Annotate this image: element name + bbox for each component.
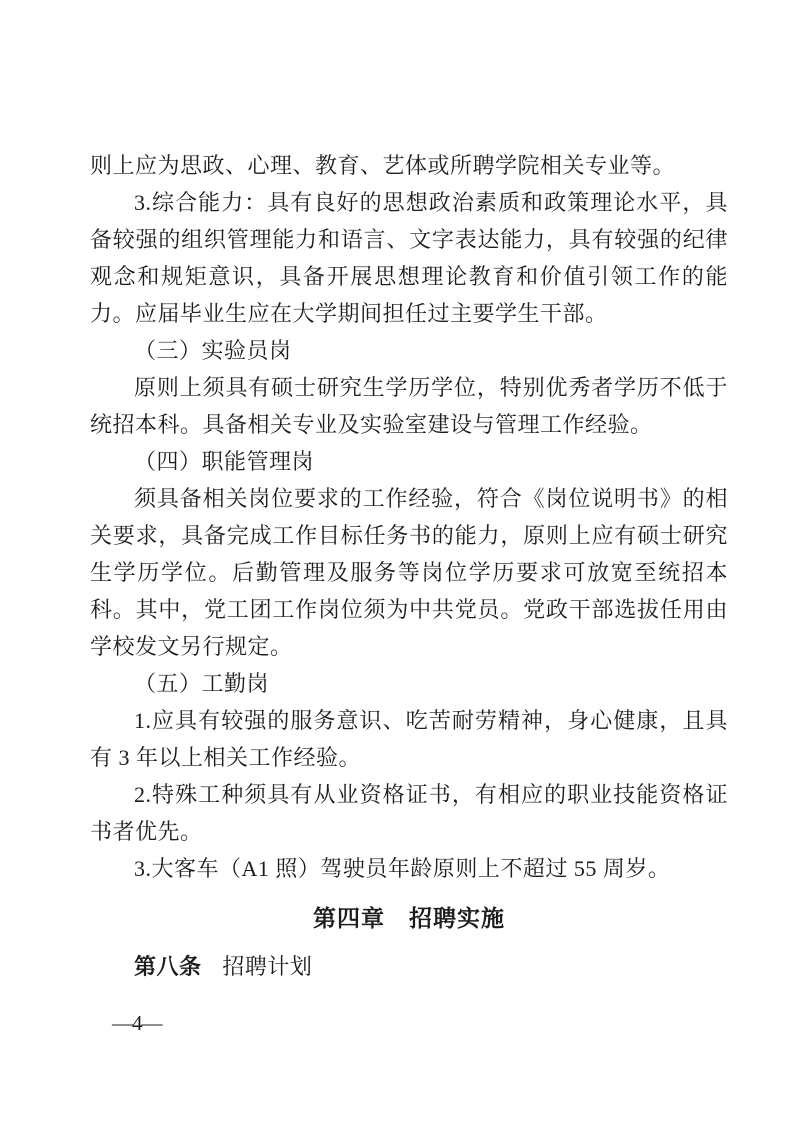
body-paragraph: 2.特殊工种须具有从业资格证书，有相应的职业技能资格证书者优先。: [90, 776, 728, 850]
article-number: 第八条: [134, 954, 202, 979]
document-page: 则上应为思政、心理、教育、艺体或所聘学院相关专业等。 3.综合能力：具有良好的思…: [0, 0, 794, 1122]
subsection-heading: （五）工勤岗: [90, 665, 728, 702]
subsection-heading: （四）职能管理岗: [90, 443, 728, 480]
article-line: 第八条招聘计划: [90, 948, 728, 985]
subsection-heading: （三）实验员岗: [90, 332, 728, 369]
article-title: 招聘计划: [222, 954, 312, 979]
body-paragraph: 3.大客车（A1 照）驾驶员年龄原则上不超过 55 周岁。: [90, 850, 728, 887]
page-number: —4—: [112, 1005, 162, 1042]
body-paragraph: 则上应为思政、心理、教育、艺体或所聘学院相关专业等。: [90, 147, 728, 184]
chapter-heading: 第四章 招聘实施: [90, 898, 728, 938]
body-paragraph: 3.综合能力：具有良好的思想政治素质和政策理论水平，具备较强的组织管理能力和语言…: [90, 184, 728, 332]
body-paragraph: 原则上须具有硕士研究生学历学位，特别优秀者学历不低于统招本科。具备相关专业及实验…: [90, 369, 728, 443]
body-paragraph: 须具备相关岗位要求的工作经验，符合《岗位说明书》的相关要求，具备完成工作目标任务…: [90, 480, 728, 665]
body-paragraph: 1.应具有较强的服务意识、吃苦耐劳精神，身心健康，且具有 3 年以上相关工作经验…: [90, 702, 728, 776]
document-body: 则上应为思政、心理、教育、艺体或所聘学院相关专业等。 3.综合能力：具有良好的思…: [90, 147, 728, 985]
